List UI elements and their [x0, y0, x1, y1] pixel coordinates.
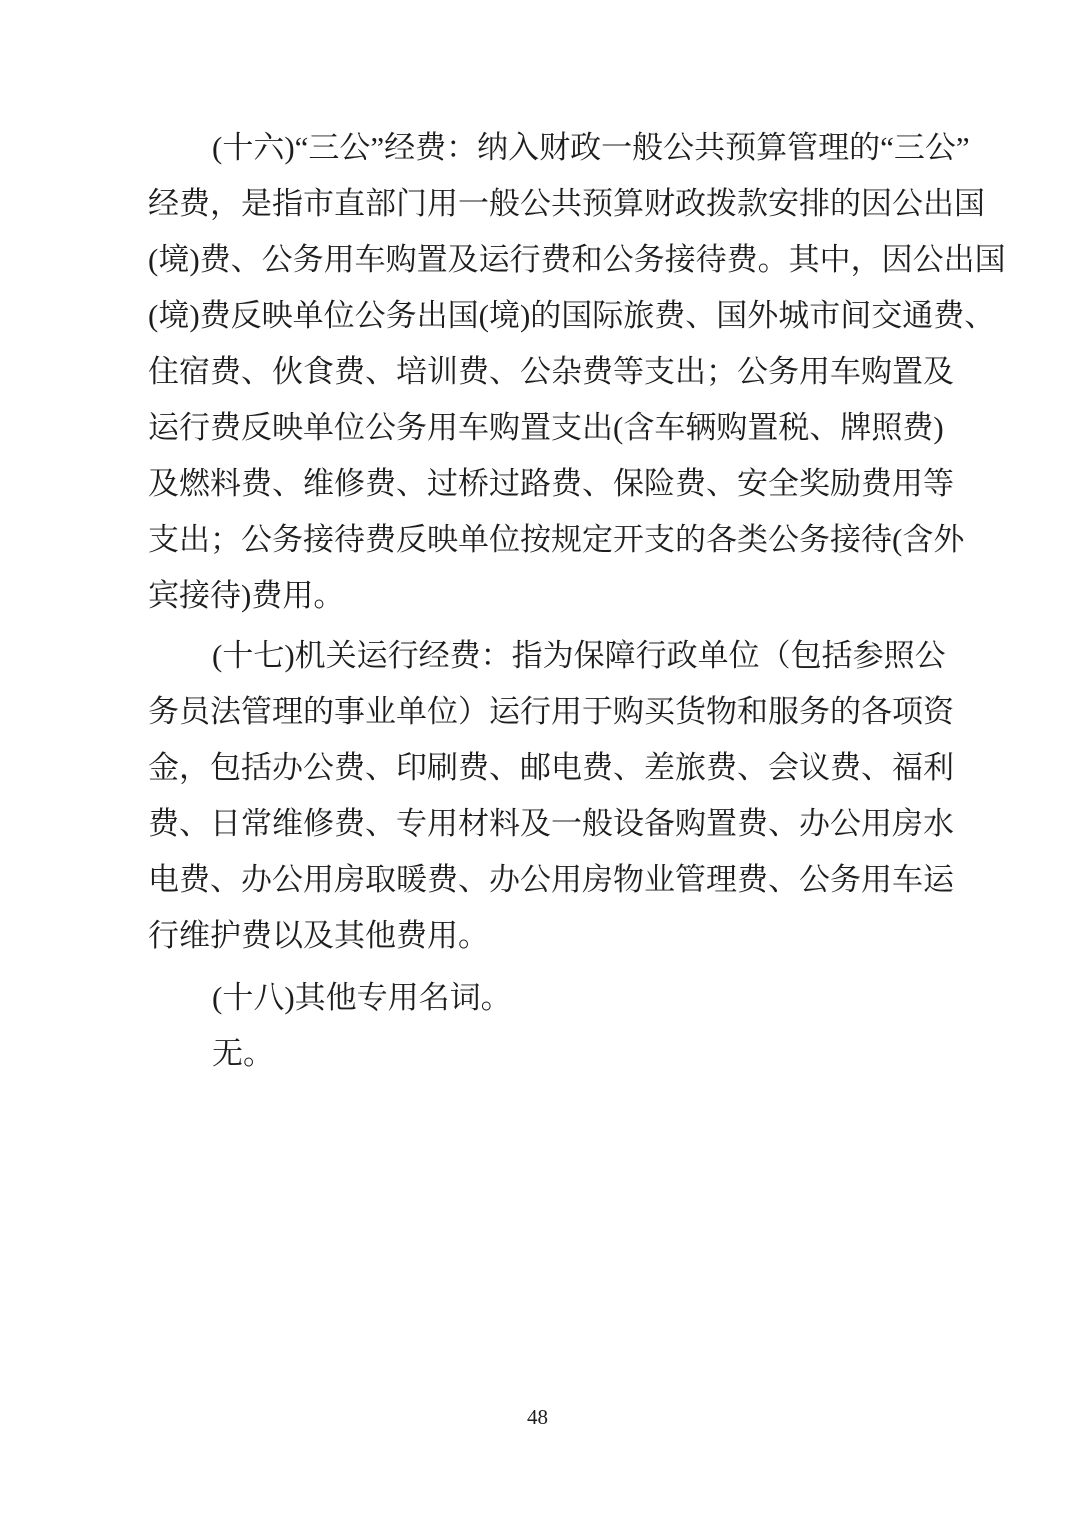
- document-page: (十六)“三公”经费：纳入财政一般公共预算管理的“三公” 经费，是指市直部门用一…: [0, 0, 1075, 1520]
- text-line: 支出；公务接待费反映单位按规定开支的各类公务接待(含外: [148, 512, 930, 568]
- text-line: 及燃料费、维修费、过桥过路费、保险费、安全奖励费用等: [148, 456, 930, 512]
- text-line: (境)费、公务用车购置及运行费和公务接待费。其中，因公出国: [148, 232, 930, 288]
- text-line: 住宿费、伙食费、培训费、公杂费等支出；公务用车购置及: [148, 344, 930, 400]
- text-line: (十六)“三公”经费：纳入财政一般公共预算管理的“三公”: [148, 120, 930, 176]
- page-number: 48: [0, 1405, 1075, 1430]
- text-line: (十八)其他专用名词。: [148, 970, 930, 1026]
- text-line: 务员法管理的事业单位）运行用于购买货物和服务的各项资: [148, 684, 930, 740]
- text-line: 费、日常维修费、专用材料及一般设备购置费、办公用房水: [148, 796, 930, 852]
- text-line: 行维护费以及其他费用。: [148, 908, 930, 964]
- paragraph-none: 无。: [148, 1026, 930, 1082]
- text-line: 宾接待)费用。: [148, 568, 930, 624]
- document-body: (十六)“三公”经费：纳入财政一般公共预算管理的“三公” 经费，是指市直部门用一…: [148, 120, 930, 1082]
- text-line: 无。: [148, 1026, 930, 1082]
- text-line: 运行费反映单位公务用车购置支出(含车辆购置税、牌照费): [148, 400, 930, 456]
- text-line: 经费，是指市直部门用一般公共预算财政拨款安排的因公出国: [148, 176, 930, 232]
- text-line: (境)费反映单位公务出国(境)的国际旅费、国外城市间交通费、: [148, 288, 930, 344]
- text-line: 金，包括办公费、印刷费、邮电费、差旅费、会议费、福利: [148, 740, 930, 796]
- paragraph-16: (十六)“三公”经费：纳入财政一般公共预算管理的“三公” 经费，是指市直部门用一…: [148, 120, 930, 624]
- text-line: (十七)机关运行经费：指为保障行政单位（包括参照公: [148, 628, 930, 684]
- paragraph-17: (十七)机关运行经费：指为保障行政单位（包括参照公 务员法管理的事业单位）运行用…: [148, 628, 930, 964]
- text-line: 电费、办公用房取暖费、办公用房物业管理费、公务用车运: [148, 852, 930, 908]
- paragraph-18: (十八)其他专用名词。: [148, 970, 930, 1026]
